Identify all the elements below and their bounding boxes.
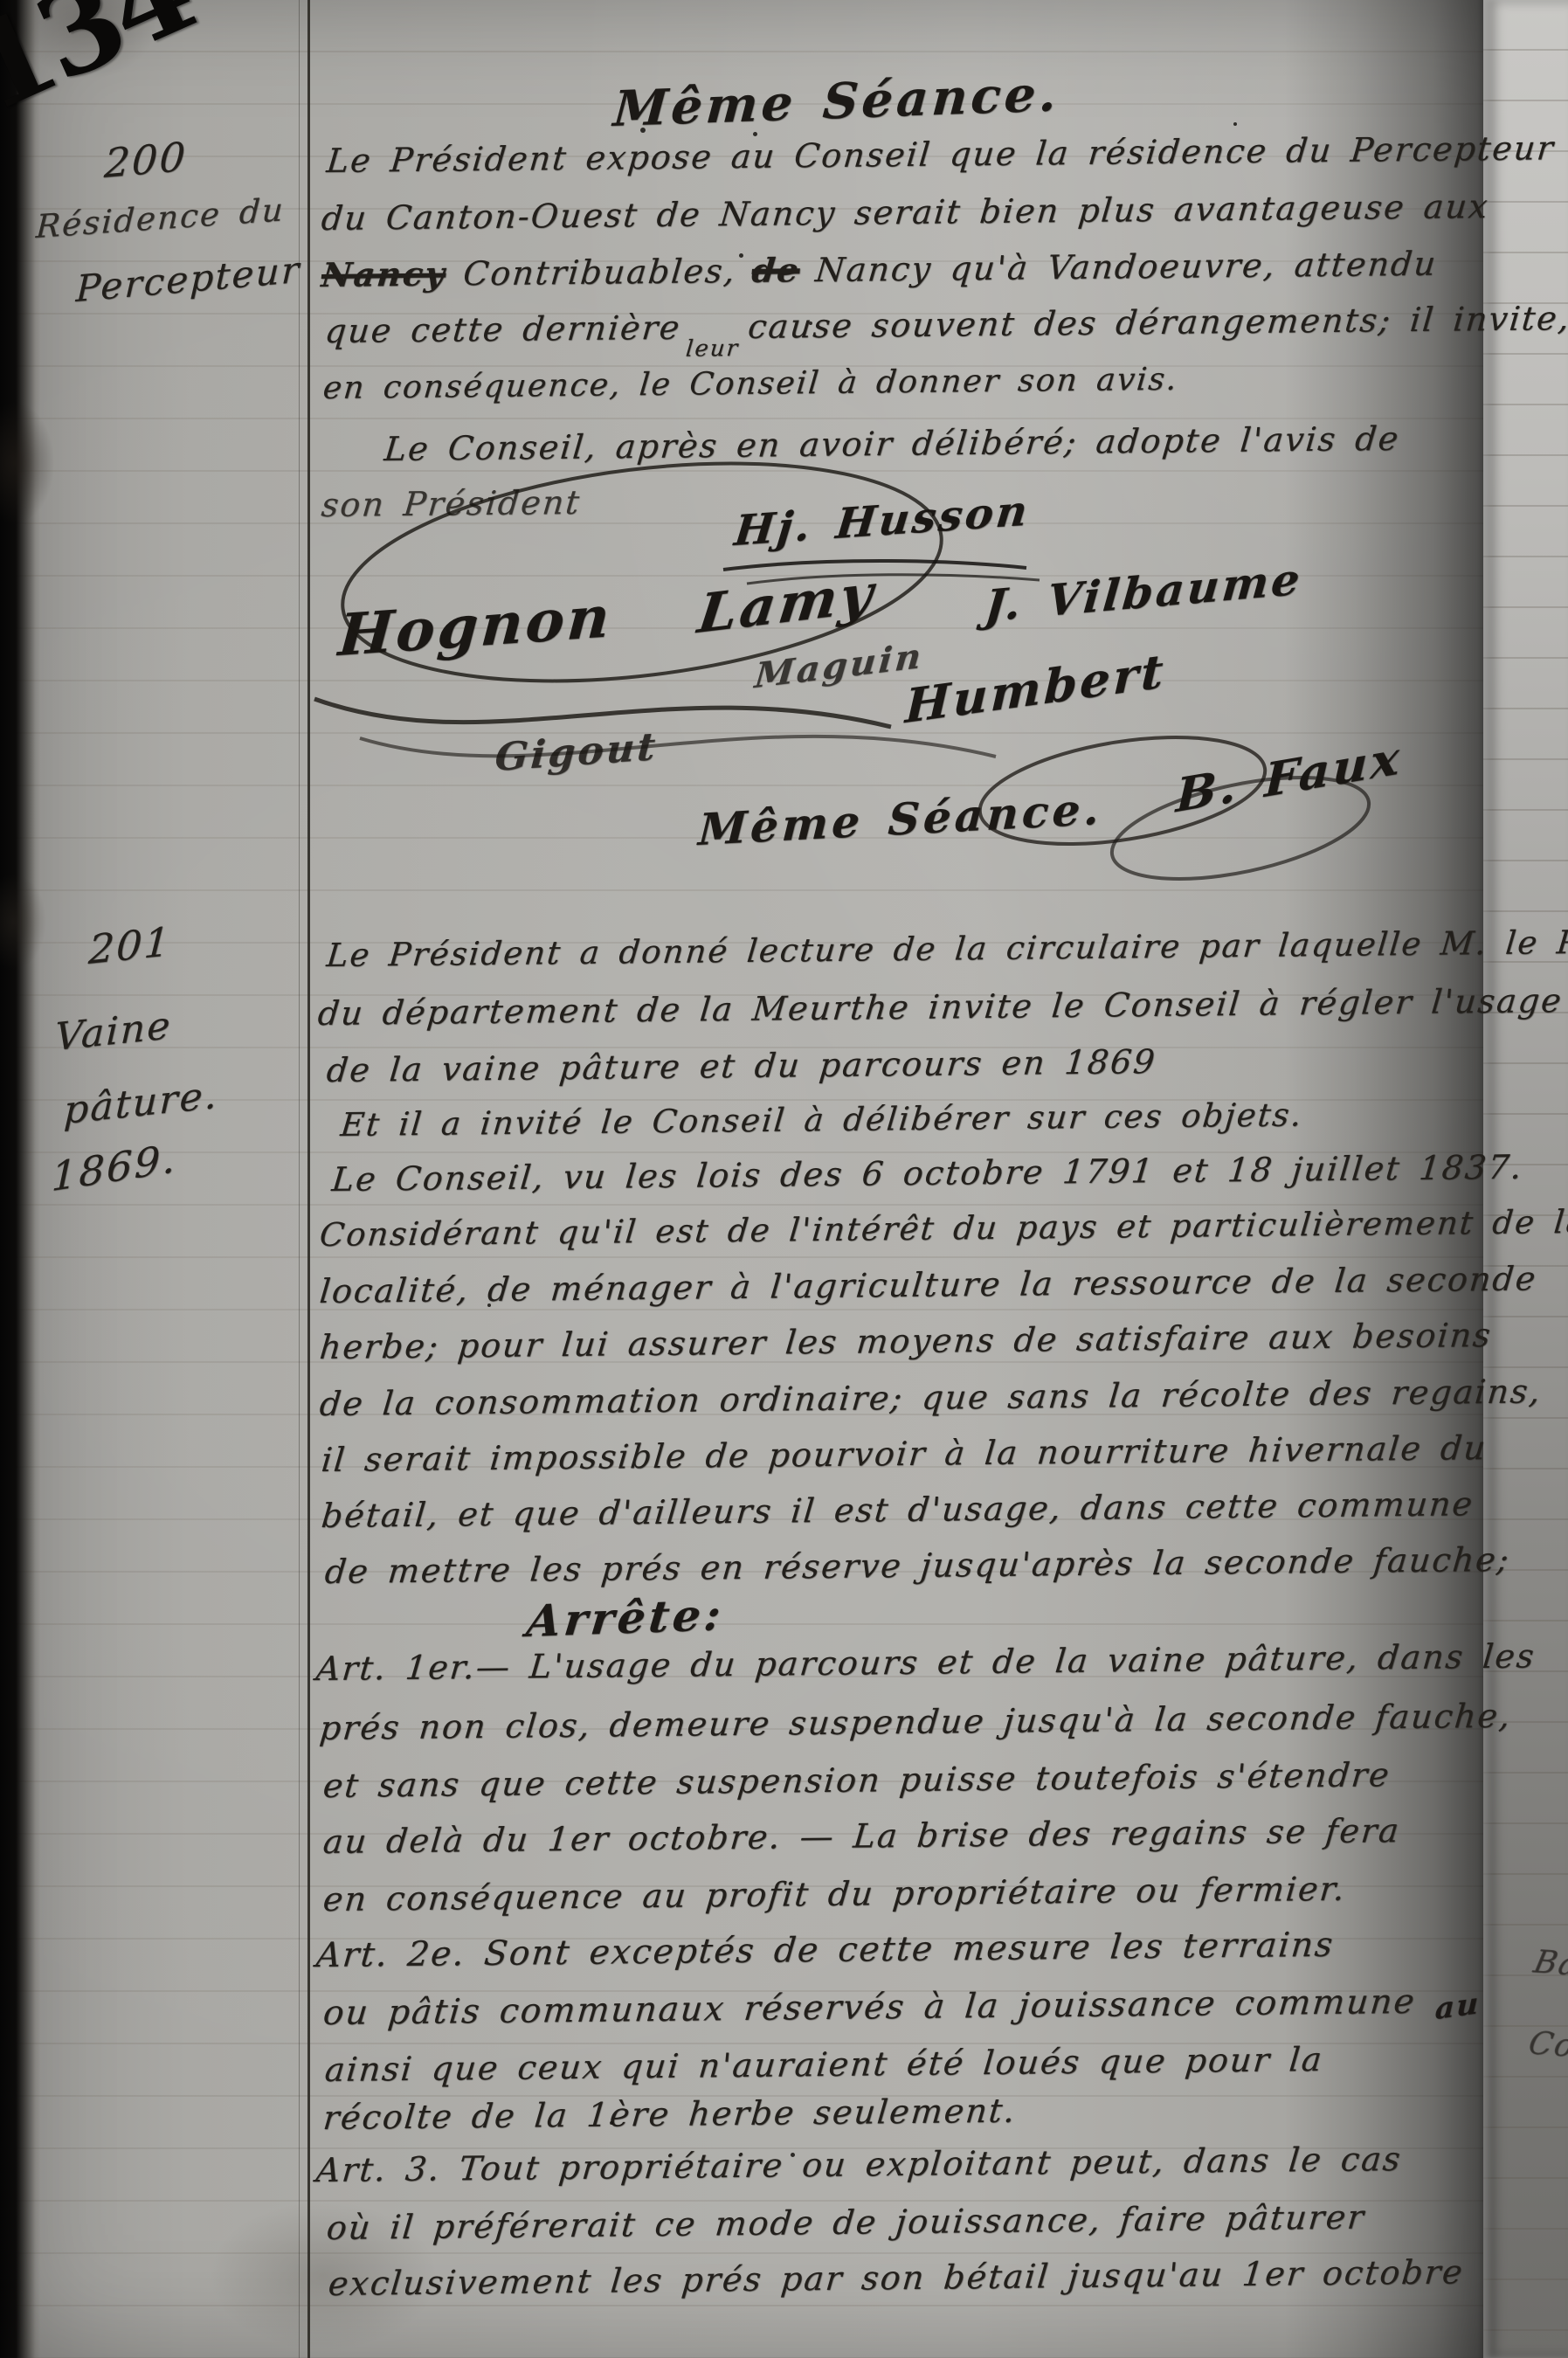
manuscript-line: en conséquence, le Conseil à donner son … [321,362,1180,406]
margin-note: pâture. [63,1073,219,1133]
signature-flourish-swash [314,699,891,727]
margin-note: 1869. [51,1134,177,1200]
signature: Hognon [336,583,614,669]
margin-note: Percepteur [75,248,301,310]
manuscript-line: Et il a invité le Conseil à délibérer su… [339,1096,1305,1144]
line-fragment: Nancy qu'à Vandoeuvre, attendu [814,245,1440,289]
struck-word: de [750,250,802,290]
ink-speck [739,253,743,258]
manuscript-line: Art. 2e. Sont exceptés de cette mesure l… [314,1926,1336,1975]
ink-speck [640,128,646,133]
manuscript-line: au delà du 1er octobre. — La brise des r… [321,1811,1402,1861]
manuscript-line: Le Conseil, après en avoir délibéré; ado… [383,419,1401,468]
register-page: 134 Même Séance. 200 Résidence du Percep… [0,0,1568,2358]
edge-ink-fragment: au [1434,1986,1481,2027]
ink-speck [753,132,757,136]
manuscript-line: et sans que cette suspension puisse tout… [321,1755,1392,1805]
manuscript-line: récolte de la 1ère herbe seulement. [321,2092,1018,2137]
manuscript-line: NancyContribuables,deNancy qu'à Vandoeuv… [320,244,1439,294]
edge-ink-fragment: Ba [1530,1944,1568,1983]
manuscript-line: ou pâtis communaux réservés à la jouissa… [321,1982,1418,2033]
struck-word: Nancy [320,254,448,294]
signature: Gigout [494,724,660,780]
manuscript-line: Art. 3. Tout propriétaire ou exploitant … [314,2140,1404,2189]
interline-insertion: leur [685,335,741,363]
margin-entry-number: 201 [87,917,173,973]
manuscript-line: où il préférerait ce mode de jouissance,… [325,2198,1367,2247]
ink-speck [610,2121,613,2125]
ink-speck [791,2153,795,2157]
signature-president: Hj. Husson [732,487,1033,556]
manuscript-line: son Président [320,483,583,524]
signature: Maguin [753,635,925,696]
margin-note: Résidence du [35,190,286,245]
section-heading: Même Séance. [697,783,1104,855]
line-fragment: Contribuables, [461,252,738,293]
manuscript-line: en conséquence au profit du propriétaire… [321,1870,1348,1919]
paper-stain [0,402,54,524]
signature: Lamy [694,561,879,646]
decree-heading: Arrête: [524,1588,727,1647]
binding-edge [0,0,40,2358]
margin-rule [307,0,310,2358]
edge-ink-fragment: Con [1525,2025,1568,2065]
signature: Humbert [904,643,1167,734]
signature: J. Vilbaume [983,553,1304,632]
ink-speck [487,1303,491,1307]
manuscript-line: de la vaine pâture et du parcours en 186… [325,1042,1158,1089]
ink-speck [809,322,812,325]
margin-rule-echo [299,0,300,2358]
section-heading: Même Séance. [611,65,1061,138]
line-fragment: que cette dernière [323,308,683,350]
folio-stamp: 134 [0,0,210,139]
ink-speck [1233,122,1237,126]
margin-note: Vaine [54,1003,172,1060]
margin-entry-number: 200 [103,133,188,187]
manuscript-line: ainsi que ceux qui n'auraient été loués … [323,2040,1325,2089]
signature-flourish-swash [360,736,996,757]
